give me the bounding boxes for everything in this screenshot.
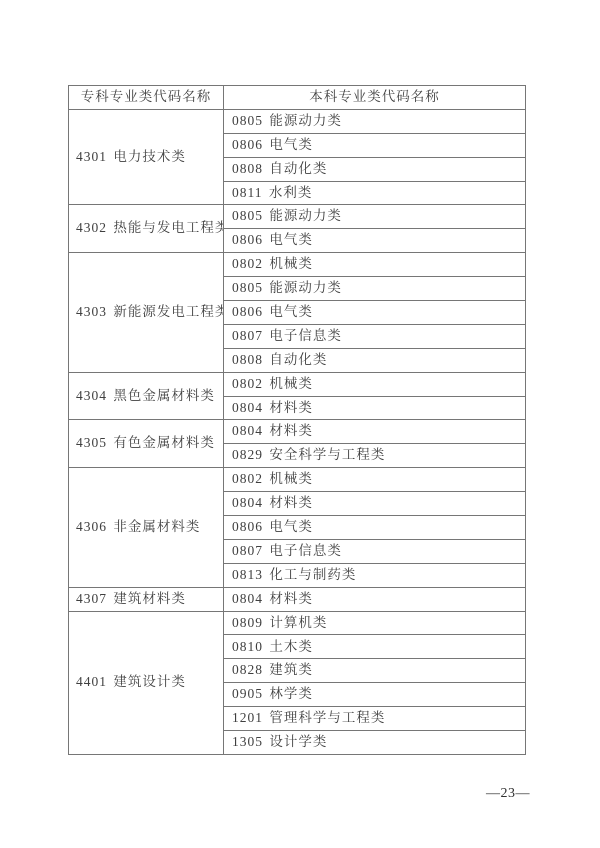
undergrad-cell: 0805 能源动力类 [224,109,526,133]
header-undergrad-column: 本科专业类代码名称 [224,86,526,110]
undergrad-cell: 0806 电气类 [224,516,526,540]
major-code-mapping-table: 专科专业类代码名称 本科专业类代码名称 4301 电力技术类0805 能源动力类… [68,85,526,755]
undergrad-cell: 0805 能源动力类 [224,205,526,229]
specialty-cell: 4301 电力技术类 [69,109,224,205]
undergrad-cell: 0905 林学类 [224,683,526,707]
undergrad-cell: 0813 化工与制药类 [224,563,526,587]
mapping-table-body: 4301 电力技术类0805 能源动力类0806 电气类0808 自动化类081… [69,109,526,754]
undergrad-cell: 1305 设计学类 [224,731,526,755]
undergrad-cell: 0807 电子信息类 [224,324,526,348]
table-row: 4401 建筑设计类0809 计算机类 [69,611,526,635]
undergrad-cell: 0804 材料类 [224,587,526,611]
undergrad-cell: 1201 管理科学与工程类 [224,707,526,731]
undergrad-cell: 0809 计算机类 [224,611,526,635]
table-row: 4302 热能与发电工程类0805 能源动力类 [69,205,526,229]
undergrad-cell: 0811 水利类 [224,181,526,205]
undergrad-cell: 0829 安全科学与工程类 [224,444,526,468]
undergrad-cell: 0802 机械类 [224,253,526,277]
table-row: 4303 新能源发电工程类0802 机械类 [69,253,526,277]
undergrad-cell: 0806 电气类 [224,229,526,253]
specialty-cell: 4303 新能源发电工程类 [69,253,224,372]
table-row: 4305 有色金属材料类0804 材料类 [69,420,526,444]
undergrad-cell: 0810 土木类 [224,635,526,659]
document-page: 专科专业类代码名称 本科专业类代码名称 4301 电力技术类0805 能源动力类… [0,0,600,848]
table-row: 4301 电力技术类0805 能源动力类 [69,109,526,133]
table-row: 4306 非金属材料类0802 机械类 [69,468,526,492]
undergrad-cell: 0828 建筑类 [224,659,526,683]
specialty-cell: 4305 有色金属材料类 [69,420,224,468]
undergrad-cell: 0807 电子信息类 [224,539,526,563]
undergrad-cell: 0802 机械类 [224,372,526,396]
undergrad-cell: 0804 材料类 [224,396,526,420]
undergrad-cell: 0804 材料类 [224,420,526,444]
table-row: 4307 建筑材料类0804 材料类 [69,587,526,611]
undergrad-cell: 0804 材料类 [224,492,526,516]
header-specialty-column: 专科专业类代码名称 [69,86,224,110]
undergrad-cell: 0808 自动化类 [224,157,526,181]
undergrad-cell: 0802 机械类 [224,468,526,492]
undergrad-cell: 0806 电气类 [224,301,526,325]
undergrad-cell: 0806 电气类 [224,133,526,157]
table-row: 4304 黑色金属材料类0802 机械类 [69,372,526,396]
specialty-cell: 4307 建筑材料类 [69,587,224,611]
undergrad-cell: 0808 自动化类 [224,348,526,372]
undergrad-cell: 0805 能源动力类 [224,277,526,301]
specialty-cell: 4302 热能与发电工程类 [69,205,224,253]
page-number: —23— [486,786,530,802]
specialty-cell: 4304 黑色金属材料类 [69,372,224,420]
specialty-cell: 4306 非金属材料类 [69,468,224,587]
specialty-cell: 4401 建筑设计类 [69,611,224,754]
table-header-row: 专科专业类代码名称 本科专业类代码名称 [69,86,526,110]
